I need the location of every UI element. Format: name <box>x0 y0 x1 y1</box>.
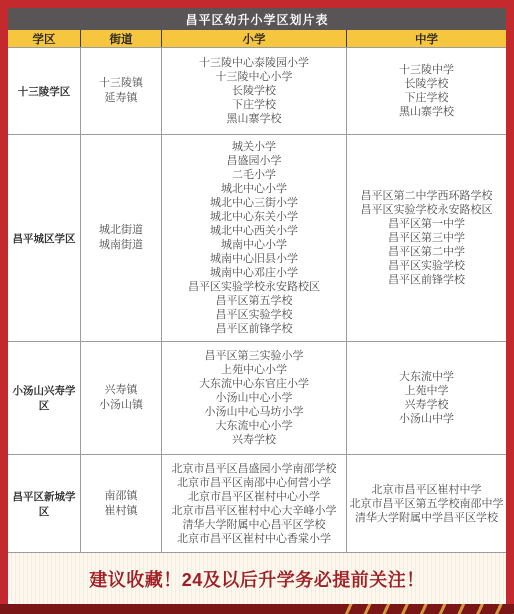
table-panel: 昌平区幼升小学区划片表 学区 街道 小学 中学 十三陵学区 十三陵镇 延寿镇 十… <box>8 8 506 604</box>
middle-school-list: 昌平区第二中学西环路学校 昌平区实验学校永安路校区 昌平区第一中学 昌平区第三中… <box>347 135 506 341</box>
primary-school-list: 十三陵中心泰陵园小学 十三陵中心小学 长陵学校 下庄学校 黑山寨学校 <box>162 48 347 134</box>
street-list: 南邵镇 崔村镇 <box>81 455 162 552</box>
district-name: 昌平城区学区 <box>8 135 81 341</box>
gold-diagonal-stripes <box>334 604 514 614</box>
table-row: 昌平城区学区 城北街道 城南街道 城关小学 昌盛园小学 二毛小学 城北中心小学 … <box>8 135 506 342</box>
callout-banner: 建议收藏！24及以后升学务必提前关注！ <box>8 553 506 604</box>
table-row: 昌平区新城学区 南邵镇 崔村镇 北京市昌平区昌盛园小学南邵学校 北京市昌平区南邵… <box>8 455 506 553</box>
poster-frame: 昌平区幼升小学区划片表 学区 街道 小学 中学 十三陵学区 十三陵镇 延寿镇 十… <box>0 0 514 614</box>
table-header-row: 学区 街道 小学 中学 <box>8 30 506 48</box>
column-header-primary-school: 小学 <box>162 30 347 47</box>
primary-school-list: 昌平区第三实验小学 上苑中心小学 大东流中心东官庄小学 小汤山中心小学 小汤山中… <box>162 342 347 454</box>
page-title: 昌平区幼升小学区划片表 <box>8 8 506 30</box>
table-row: 小汤山兴寿学区 兴寿镇 小汤山镇 昌平区第三实验小学 上苑中心小学 大东流中心东… <box>8 342 506 455</box>
middle-school-list: 大东流中学 上苑中学 兴寿学校 小汤山中学 <box>347 342 506 454</box>
district-name: 昌平区新城学区 <box>8 455 81 552</box>
street-list: 兴寿镇 小汤山镇 <box>81 342 162 454</box>
street-list: 城北街道 城南街道 <box>81 135 162 341</box>
column-header-middle-school: 中学 <box>347 30 506 47</box>
primary-school-list: 城关小学 昌盛园小学 二毛小学 城北中心小学 城北中心三街小学 城北中心东关小学… <box>162 135 347 341</box>
district-name: 小汤山兴寿学区 <box>8 342 81 454</box>
column-header-street: 街道 <box>81 30 162 47</box>
street-list: 十三陵镇 延寿镇 <box>81 48 162 134</box>
column-header-district: 学区 <box>8 30 81 47</box>
footer-strip <box>0 604 514 614</box>
district-name: 十三陵学区 <box>8 48 81 134</box>
table-row: 十三陵学区 十三陵镇 延寿镇 十三陵中心泰陵园小学 十三陵中心小学 长陵学校 下… <box>8 48 506 135</box>
middle-school-list: 北京市昌平区崔村中学 北京市昌平区第五学校南邵中学 清华大学附属中学昌平区学校 <box>347 455 506 552</box>
primary-school-list: 北京市昌平区昌盛园小学南邵学校 北京市昌平区南邵中心何营小学 北京市昌平区崔村中… <box>162 455 347 552</box>
middle-school-list: 十三陵中学 长陵学校 下庄学校 黑山寨学校 <box>347 48 506 134</box>
